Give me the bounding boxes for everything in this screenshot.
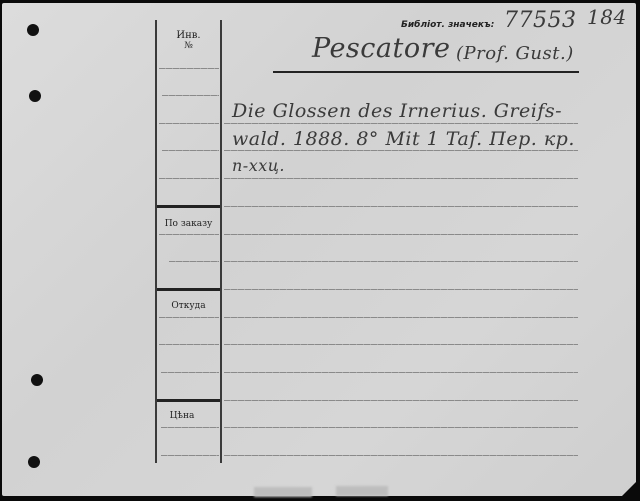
entry-rule	[224, 455, 578, 456]
left-rule	[159, 68, 219, 69]
left-rule	[159, 344, 219, 345]
entry-line-3: п-ххц.	[232, 156, 285, 175]
punch-hole	[31, 374, 43, 386]
left-rule	[159, 178, 219, 179]
punch-hole	[29, 90, 41, 102]
left-rule	[159, 234, 219, 235]
author-qualifier: (Prof. Gust.)	[456, 43, 574, 64]
entry-rule	[224, 317, 578, 318]
entry-rule	[224, 289, 578, 290]
author-name: Pescatore	[312, 33, 451, 64]
left-rule	[161, 427, 219, 428]
stamp-smudge	[254, 487, 312, 497]
inventory-label: Инв. №	[157, 30, 220, 51]
entry-rule	[224, 150, 578, 151]
left-column-border	[155, 20, 157, 463]
entry-line-2: wald. 1888. 8° Mit 1 Taf. Пер. кр.	[232, 128, 575, 150]
punch-hole	[27, 24, 39, 36]
left-rule	[161, 455, 219, 456]
number-sign: №	[157, 41, 220, 51]
left-rule	[161, 372, 219, 373]
entry-rule	[224, 427, 578, 428]
entry-rule	[224, 400, 578, 401]
inventory-label-text: Инв.	[157, 30, 220, 41]
section-divider	[157, 205, 220, 208]
left-rule	[159, 123, 219, 124]
entry-rule	[224, 234, 578, 235]
stamp-smudge	[336, 486, 388, 496]
entry-rule	[224, 178, 578, 179]
by-order-label: По заказу	[157, 219, 220, 229]
entry-rule	[224, 206, 578, 207]
price-label: Цѣна	[157, 411, 207, 421]
left-rule	[162, 150, 219, 151]
left-rule	[169, 261, 219, 262]
entry-rule	[224, 123, 578, 124]
library-mark-label: Библiот. значекъ:	[401, 20, 494, 30]
call-number: 77553	[504, 8, 577, 33]
punch-hole	[28, 456, 40, 468]
from-where-label: Откуда	[157, 301, 220, 311]
section-divider	[157, 399, 220, 402]
catalog-card: Инв. № По заказу Откуда Цѣна Библiот. зн…	[2, 3, 636, 496]
entry-rule	[224, 344, 578, 345]
column-divider	[220, 20, 222, 463]
entry-rule	[224, 261, 578, 262]
secondary-number: 184	[587, 5, 627, 29]
entry-rule	[224, 372, 578, 373]
left-rule	[159, 317, 219, 318]
left-rule	[162, 95, 219, 96]
folded-corner	[622, 482, 636, 496]
heading-underline	[273, 71, 579, 73]
entry-line-1: Die Glossen des Irnerius. Greifs-	[232, 100, 562, 122]
section-divider	[157, 288, 220, 291]
